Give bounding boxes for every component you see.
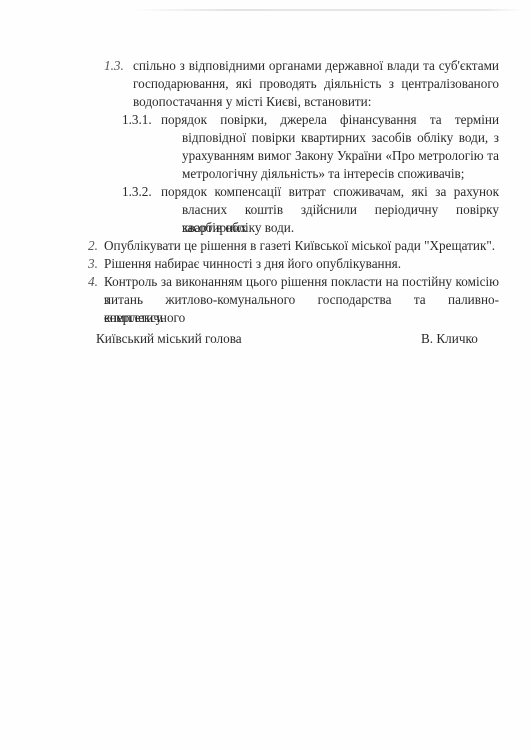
item-text-line: порядок повірки, джерела фінансування та… xyxy=(161,111,499,129)
item-text-line: порядок компенсації витрат споживачам, я… xyxy=(161,183,499,201)
item-number: 1.3.1. xyxy=(122,111,152,129)
item-text-line: засобів обліку води. xyxy=(182,219,294,237)
item-number: 1.3.2. xyxy=(122,183,152,201)
item-number: 4. xyxy=(88,273,98,291)
item-text-line: комплексу. xyxy=(104,309,164,327)
scan-artifact-line xyxy=(130,9,523,11)
item-text-line: спільно з відповідними органами державно… xyxy=(133,57,499,75)
item-text-line: Опублікувати це рішення в газеті Київськ… xyxy=(104,237,495,255)
item-text-line: відповідної повірки квартирних засобів о… xyxy=(182,129,499,147)
item-number: 2. xyxy=(88,237,98,255)
item-text-line: водопостачання у місті Києві, встановити… xyxy=(133,93,371,111)
item-text-line: господарювання, які проводять діяльність… xyxy=(133,75,499,93)
item-text-line: метрологічну діяльність» та інтересів сп… xyxy=(182,165,464,183)
item-number: 1.3. xyxy=(104,57,124,75)
item-text-line: урахуванням вимог Закону України «Про ме… xyxy=(182,147,499,165)
item-text-line: Рішення набирає чинності з дня його опуб… xyxy=(104,255,401,273)
item-number: 3. xyxy=(88,255,98,273)
signature-name: В. Кличко xyxy=(421,330,478,348)
signature-title: Київський міський голова xyxy=(96,330,242,348)
